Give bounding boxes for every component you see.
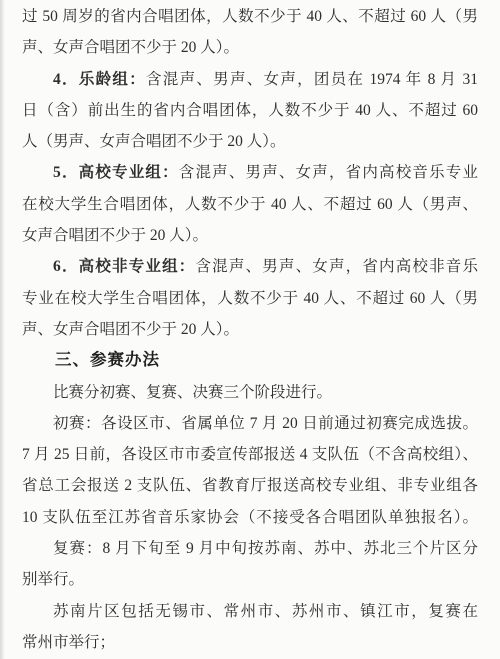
text-line: 10 支队伍至江苏省音乐家协会（不接受各合唱团队单独报名）。	[22, 502, 478, 533]
text-line: 苏南片区包括无锡市、常州市、苏州市、镇江市，复赛在	[22, 596, 478, 627]
section-heading: 三、参赛办法	[22, 345, 478, 376]
text-line: 复赛：8 月下旬至 9 月中旬按苏南、苏中、苏北三个片区分	[22, 533, 478, 564]
text-line: 常州市举行；	[22, 627, 478, 658]
item-label: 5．高校专业组：	[53, 164, 179, 181]
text-line: 比赛分初赛、复赛、决赛三个阶段进行。	[22, 377, 478, 408]
text-line: 日（含）前出生的省内合唱团体，人数不少于 40 人、不超过 60	[22, 95, 478, 126]
text-line: 别举行。	[22, 564, 478, 595]
text-line: 在校大学生合唱团体，人数不少于 40 人、不超过 60 人（男声、	[22, 189, 478, 220]
text-line: 初赛：各设区市、省属单位 7 月 20 日前通过初赛完成选拔。	[22, 408, 478, 439]
text-line: 7 月 25 日前，各设区市市委宣传部报送 4 支队伍（不含高校组）、	[22, 439, 478, 470]
item-label: 6．高校非专业组：	[53, 258, 195, 275]
text-line: 6．高校非专业组：含混声、男声、女声，省内高校非音乐	[22, 251, 478, 282]
text-line: 4．乐龄组：含混声、男声、女声，团员在 1974 年 8 月 31	[22, 64, 478, 95]
text-line: 5．高校专业组：含混声、男声、女声，省内高校音乐专业	[22, 157, 478, 188]
text-line: 过 50 周岁的省内合唱团体，人数不少于 40 人、不超过 60 人（男	[22, 1, 478, 32]
document-page: 过 50 周岁的省内合唱团体，人数不少于 40 人、不超过 60 人（男声、女声…	[0, 0, 500, 659]
text-line: 女声合唱团不少于 20 人）。	[22, 220, 478, 251]
item-label: 4．乐龄组：	[53, 71, 146, 88]
text-line: 专业在校大学生合唱团体，人数不少于 40 人、不超过 60 人（男	[22, 283, 478, 314]
text-line: 人（男声、女声合唱团不少于 20 人）。	[22, 126, 478, 157]
text-line: 声、女声合唱团不少于 20 人）。	[22, 314, 478, 345]
text-line: 声、女声合唱团不少于 20 人）。	[22, 32, 478, 63]
text-line: 省总工会报送 2 支队伍、省教育厅报送高校专业组、非专业组各	[22, 470, 478, 501]
